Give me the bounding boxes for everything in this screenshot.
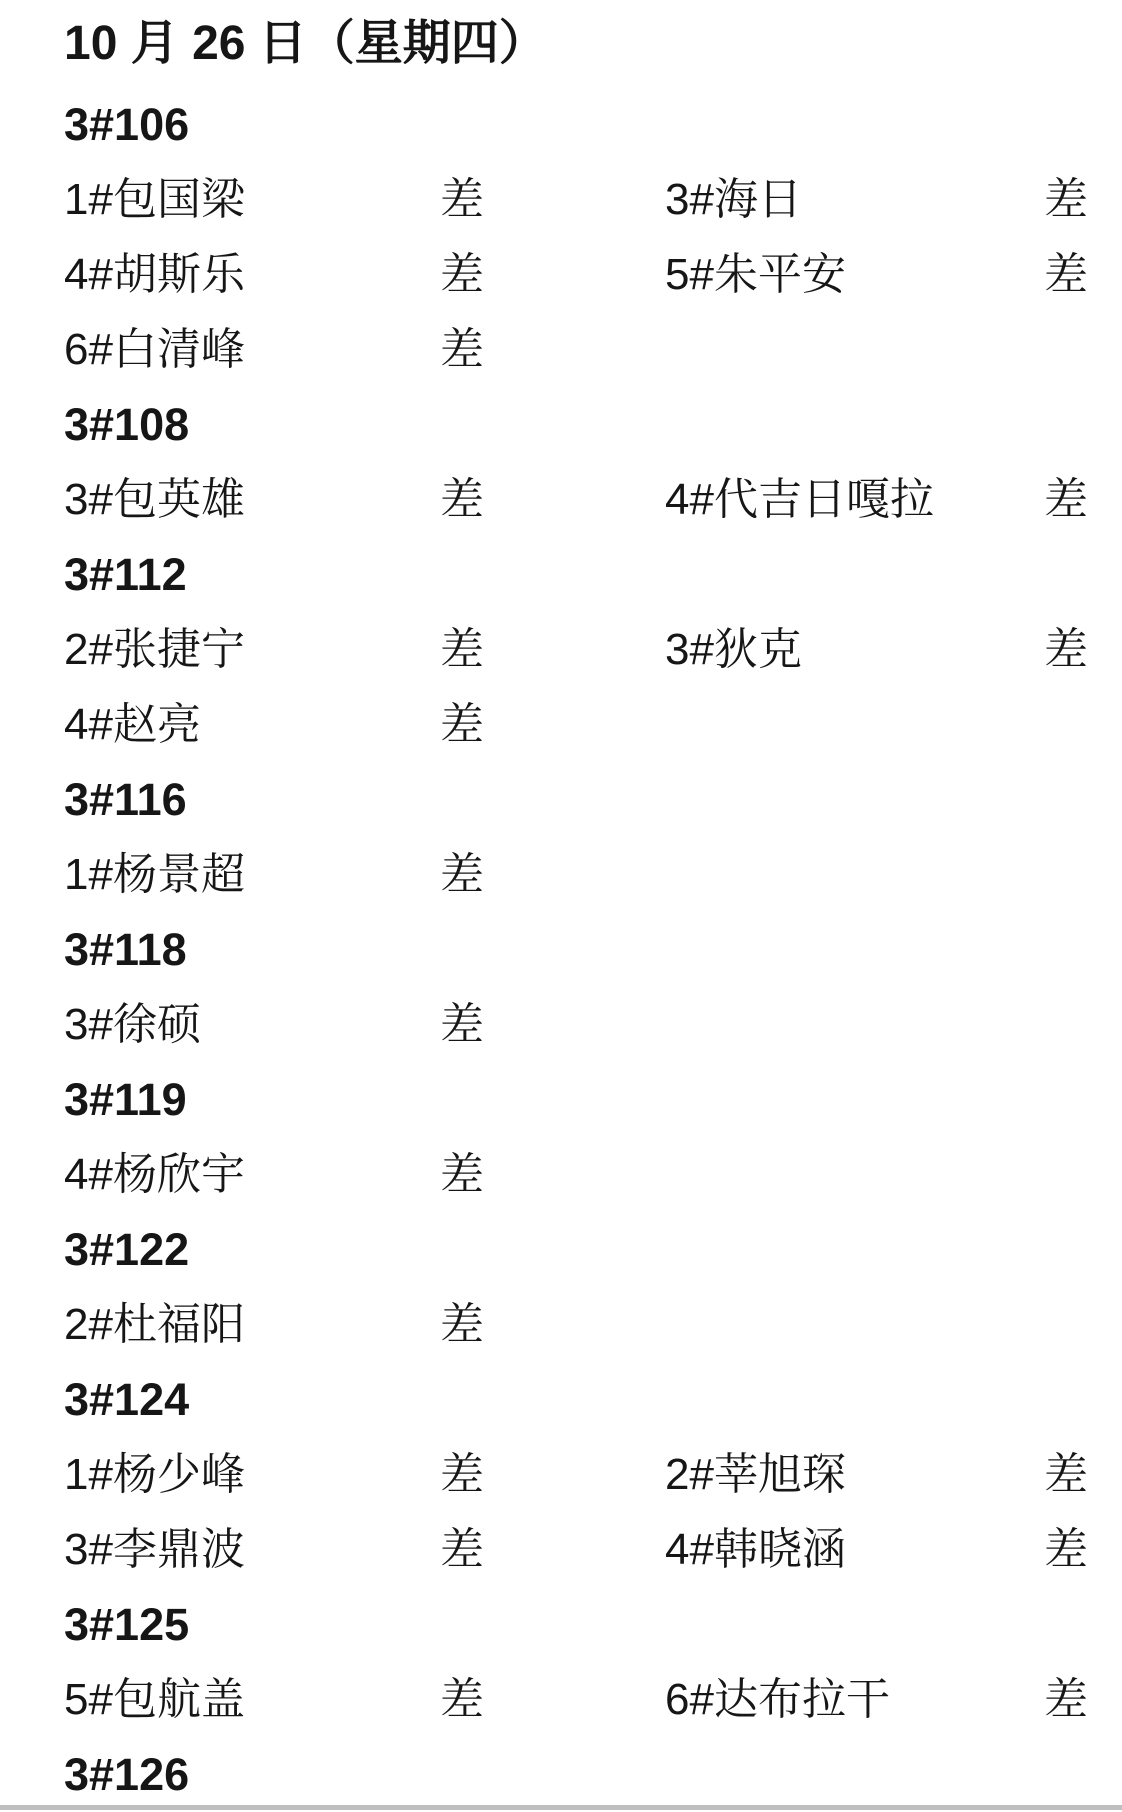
room-heading: 3#106 xyxy=(0,88,1122,163)
rating-value: 差 xyxy=(440,1524,484,1576)
student-name: 2#杜福阳 xyxy=(64,1299,245,1351)
roster-row: 1#杨景超差 xyxy=(0,838,1122,913)
rating-value: 差 xyxy=(1044,1674,1088,1726)
roster-row: 2#杜福阳差 xyxy=(0,1288,1122,1363)
student-name: 1#包国梁 xyxy=(64,174,245,226)
student-name: 2#莘旭琛 xyxy=(665,1449,846,1501)
student-name: 3#包英雄 xyxy=(64,474,245,526)
student-name: 3#李鼎波 xyxy=(64,1524,245,1576)
student-name: 3#徐硕 xyxy=(64,999,201,1051)
rating-value: 差 xyxy=(440,474,484,526)
rating-value: 差 xyxy=(1044,1449,1088,1501)
student-name: 3#海日 xyxy=(665,174,802,226)
rating-value: 差 xyxy=(1044,1524,1088,1576)
room-number: 3#118 xyxy=(64,924,187,976)
bottom-divider xyxy=(0,1805,1122,1810)
student-name: 5#朱平安 xyxy=(665,249,846,301)
rating-value: 差 xyxy=(1044,624,1088,676)
rating-value: 差 xyxy=(1044,474,1088,526)
rating-value: 差 xyxy=(440,999,484,1051)
room-heading: 3#122 xyxy=(0,1213,1122,1288)
roster-row: 2#张捷宁差3#狄克差 xyxy=(0,613,1122,688)
rating-value: 差 xyxy=(440,1149,484,1201)
room-number: 3#126 xyxy=(64,1749,189,1801)
room-heading: 3#126 xyxy=(0,1738,1122,1812)
rating-value: 差 xyxy=(440,1299,484,1351)
roster-row: 3#李鼎波差4#韩晓涵差 xyxy=(0,1513,1122,1588)
student-name: 4#赵亮 xyxy=(64,699,201,751)
roster-row: 3#包英雄差4#代吉日嘎拉差 xyxy=(0,463,1122,538)
student-name: 3#狄克 xyxy=(665,624,802,676)
rating-value: 差 xyxy=(440,699,484,751)
student-name: 4#杨欣宇 xyxy=(64,1149,245,1201)
rating-value: 差 xyxy=(440,174,484,226)
roster-row: 4#杨欣宇差 xyxy=(0,1138,1122,1213)
room-number: 3#125 xyxy=(64,1599,189,1651)
room-number: 3#108 xyxy=(64,399,189,451)
student-name: 6#达布拉干 xyxy=(665,1674,890,1726)
roster-row: 4#赵亮差 xyxy=(0,688,1122,763)
student-name: 5#包航盖 xyxy=(64,1674,245,1726)
student-name: 1#杨少峰 xyxy=(64,1449,245,1501)
room-heading: 3#118 xyxy=(0,913,1122,988)
rating-value: 差 xyxy=(440,1449,484,1501)
roster-row: 1#包国梁差3#海日差 xyxy=(0,163,1122,238)
roster-row: 1#杨少峰差2#莘旭琛差 xyxy=(0,1438,1122,1513)
room-number: 3#106 xyxy=(64,99,189,151)
room-number: 3#124 xyxy=(64,1374,189,1426)
rating-value: 差 xyxy=(1044,174,1088,226)
student-name: 4#韩晓涵 xyxy=(665,1524,846,1576)
rating-value: 差 xyxy=(1044,249,1088,301)
page-title: 10 月 26 日（星期四） xyxy=(64,4,547,73)
document-page: 10 月 26 日（星期四） 3#1061#包国梁差3#海日差4#胡斯乐差5#朱… xyxy=(0,0,1122,1812)
room-heading: 3#125 xyxy=(0,1588,1122,1663)
room-number: 3#112 xyxy=(64,549,187,601)
roster-row: 4#胡斯乐差5#朱平安差 xyxy=(0,238,1122,313)
student-name: 4#代吉日嘎拉 xyxy=(665,474,934,526)
room-heading: 3#108 xyxy=(0,388,1122,463)
room-heading: 3#119 xyxy=(0,1063,1122,1138)
room-heading: 3#124 xyxy=(0,1363,1122,1438)
rating-value: 差 xyxy=(440,849,484,901)
rating-value: 差 xyxy=(440,1674,484,1726)
roster-row: 5#包航盖差6#达布拉干差 xyxy=(0,1663,1122,1738)
rating-value: 差 xyxy=(440,624,484,676)
room-heading: 3#116 xyxy=(0,763,1122,838)
student-name: 2#张捷宁 xyxy=(64,624,245,676)
room-number: 3#116 xyxy=(64,774,187,826)
dorm-check-list: 3#1061#包国梁差3#海日差4#胡斯乐差5#朱平安差6#白清峰差3#1083… xyxy=(0,88,1122,1812)
roster-row: 3#徐硕差 xyxy=(0,988,1122,1063)
room-heading: 3#112 xyxy=(0,538,1122,613)
student-name: 1#杨景超 xyxy=(64,849,245,901)
student-name: 6#白清峰 xyxy=(64,324,245,376)
room-number: 3#119 xyxy=(64,1074,187,1126)
room-number: 3#122 xyxy=(64,1224,189,1276)
student-name: 4#胡斯乐 xyxy=(64,249,245,301)
rating-value: 差 xyxy=(440,324,484,376)
rating-value: 差 xyxy=(440,249,484,301)
roster-row: 6#白清峰差 xyxy=(0,313,1122,388)
